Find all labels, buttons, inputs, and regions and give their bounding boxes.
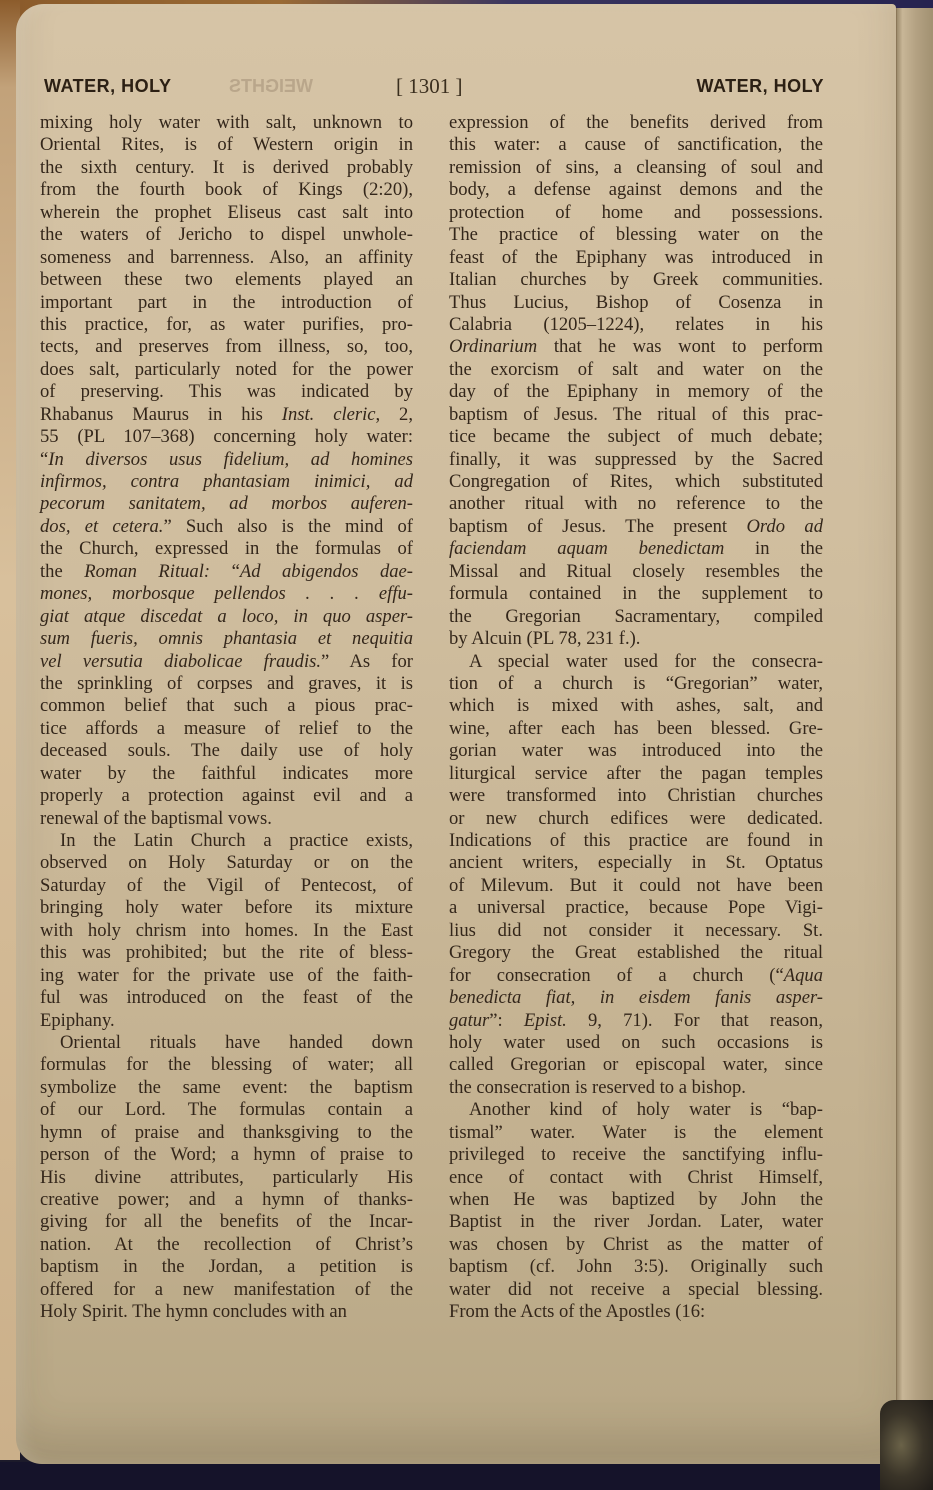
running-head-left: WATER, HOLY xyxy=(44,76,172,97)
text-line: Another kind of holy water is “bap- xyxy=(449,1099,823,1121)
left-text-column: mixing holy water with salt, unknown toO… xyxy=(40,112,413,1324)
text-line: giat atque discedat a loco, in quo asper… xyxy=(40,606,413,628)
text-line: feast of the Epiphany was introduced in xyxy=(449,247,823,269)
text-line: ing water for the private use of the fai… xyxy=(40,965,413,987)
text-line: a universal practice, because Pope Vigi- xyxy=(449,897,823,919)
text-line: someness and barrenness. Also, an affini… xyxy=(40,247,413,269)
text-line: body, a defense against demons and the xyxy=(449,179,823,201)
text-line: infirmos, contra phantasiam inimici, ad xyxy=(40,471,413,493)
text-line: the waters of Jericho to dispel unwhole- xyxy=(40,224,413,246)
text-line: mixing holy water with salt, unknown to xyxy=(40,112,413,134)
text-line: remission of sins, a cleansing of soul a… xyxy=(449,157,823,179)
text-line: formulas for the blessing of water; all xyxy=(40,1054,413,1076)
text-line: gorian water was introduced into the xyxy=(449,740,823,762)
text-line: Gregory the Great established the ritual xyxy=(449,942,823,964)
text-line: from the fourth book of Kings (2:20), xyxy=(40,179,413,201)
text-line: ancient writers, especially in St. Optat… xyxy=(449,852,823,874)
text-line: the exorcism of salt and water on the xyxy=(449,359,823,381)
text-line: tice affords a measure of relief to the xyxy=(40,718,413,740)
text-line: person of the Word; a hymn of praise to xyxy=(40,1144,413,1166)
text-line: wine, after each has been blessed. Gre- xyxy=(449,718,823,740)
text-line: wherein the prophet Eliseus cast salt in… xyxy=(40,202,413,224)
text-line: benedicta fiat, in eisdem fanis asper- xyxy=(449,987,823,1009)
text-line: From the Acts of the Apostles (16: xyxy=(449,1301,823,1323)
page-clip-object xyxy=(880,1400,933,1490)
text-line: between these two elements played an xyxy=(40,269,413,291)
text-line: important part in the introduction of xyxy=(40,292,413,314)
text-line: of Milevum. But it could not have been xyxy=(449,875,823,897)
text-line: observed on Holy Saturday or on the xyxy=(40,852,413,874)
right-text-column: expression of the benefits derived fromt… xyxy=(449,112,823,1324)
text-line: water did not receive a special blessing… xyxy=(449,1279,823,1301)
text-line: which is mixed with ashes, salt, and xyxy=(449,695,823,717)
text-line: creative power; and a hymn of thanks- xyxy=(40,1189,413,1211)
text-line: the consecration is reserved to a bishop… xyxy=(449,1077,823,1099)
text-line: lius did not consider it necessary. St. xyxy=(449,920,823,942)
text-line: privileged to receive the sanctifying in… xyxy=(449,1144,823,1166)
bottom-shadow xyxy=(0,1462,933,1490)
text-line: the sixth century. It is derived probabl… xyxy=(40,157,413,179)
text-line: another ritual with no reference to the xyxy=(449,493,823,515)
text-line: nation. At the recollection of Christ’s xyxy=(40,1234,413,1256)
text-line: tice became the subject of much debate; xyxy=(449,426,823,448)
text-line: Thus Lucius, Bishop of Cosenza in xyxy=(449,292,823,314)
text-line: hymn of praise and thanksgiving to the xyxy=(40,1122,413,1144)
page-header: WATER, HOLY WEIGHTS [ 1301 ] WATER, HOLY xyxy=(44,74,824,104)
text-line: were transformed into Christian churches xyxy=(449,785,823,807)
text-line: vel versutia diabolicae fraudis.” As for xyxy=(40,651,413,673)
text-line: ence of contact with Christ Himself, xyxy=(449,1167,823,1189)
text-line: does salt, particularly noted for the po… xyxy=(40,359,413,381)
text-line: was chosen by Christ as the matter of xyxy=(449,1234,823,1256)
text-line: Missal and Ritual closely resembles the xyxy=(449,561,823,583)
text-line: A special water used for the consecra- xyxy=(449,651,823,673)
text-line: this water: a cause of sanctification, t… xyxy=(449,134,823,156)
text-line: mones, morbosque pellendos . . . effu- xyxy=(40,583,413,605)
text-line: Baptist in the river Jordan. Later, wate… xyxy=(449,1211,823,1233)
text-line: of preserving. This was indicated by xyxy=(40,381,413,403)
text-line: this practice, for, as water purifies, p… xyxy=(40,314,413,336)
text-line: Rhabanus Maurus in his Inst. cleric, 2, xyxy=(40,404,413,426)
text-line: baptism of Jesus. The present Ordo ad xyxy=(449,516,823,538)
text-line: His divine attributes, particularly His xyxy=(40,1167,413,1189)
text-line: 55 (PL 107–368) concerning holy water: xyxy=(40,426,413,448)
text-line: Calabria (1205–1224), relates in his xyxy=(449,314,823,336)
text-line: protection of home and possessions. xyxy=(449,202,823,224)
text-line: the Roman Ritual: “Ad abigendos dae- xyxy=(40,561,413,583)
bleed-through-text: WEIGHTS xyxy=(229,76,313,97)
page-stack-edge xyxy=(896,8,933,1468)
text-line: ful was introduced on the feast of the xyxy=(40,987,413,1009)
text-line: Congregation of Rites, which substituted xyxy=(449,471,823,493)
text-line: faciendam aquam benedictam in the xyxy=(449,538,823,560)
text-line: tects, and preserves from illness, so, t… xyxy=(40,336,413,358)
text-line: called Gregorian or episcopal water, sin… xyxy=(449,1054,823,1076)
text-line: Oriental Rites, is of Western origin in xyxy=(40,134,413,156)
text-line: or new church edifices were dedicated. xyxy=(449,808,823,830)
text-line: common belief that such a pious prac- xyxy=(40,695,413,717)
running-head-right: WATER, HOLY xyxy=(696,76,824,97)
text-line: this was prohibited; but the rite of ble… xyxy=(40,942,413,964)
text-line: symbolize the same event: the baptism xyxy=(40,1077,413,1099)
text-line: gatur”: Epist. 9, 71). For that reason, xyxy=(449,1010,823,1032)
text-line: baptism in the Jordan, a petition is xyxy=(40,1256,413,1278)
text-line: Epiphany. xyxy=(40,1010,413,1032)
text-line: water by the faithful indicates more xyxy=(40,763,413,785)
text-line: The practice of blessing water on the xyxy=(449,224,823,246)
text-line: expression of the benefits derived from xyxy=(449,112,823,134)
text-line: baptism (cf. John 3:5). Originally such xyxy=(449,1256,823,1278)
text-line: tismal” water. Water is the element xyxy=(449,1122,823,1144)
text-line: formula contained in the supplement to xyxy=(449,583,823,605)
text-line: Ordinarium that he was wont to perform xyxy=(449,336,823,358)
text-line: finally, it was suppressed by the Sacred xyxy=(449,449,823,471)
text-line: for consecration of a church (“Aqua xyxy=(449,965,823,987)
text-line: offered for a new manifestation of the xyxy=(40,1279,413,1301)
page-number: [ 1301 ] xyxy=(396,74,463,99)
text-line: of our Lord. The formulas contain a xyxy=(40,1099,413,1121)
text-line: In the Latin Church a practice exists, xyxy=(40,830,413,852)
text-line: by Alcuin (PL 78, 231 f.). xyxy=(449,628,823,650)
text-line: the Gregorian Sacramentary, compiled xyxy=(449,606,823,628)
text-line: bringing holy water before its mixture xyxy=(40,897,413,919)
text-line: giving for all the benefits of the Incar… xyxy=(40,1211,413,1233)
text-line: dos, et cetera.” Such also is the mind o… xyxy=(40,516,413,538)
text-line: Oriental rituals have handed down xyxy=(40,1032,413,1054)
text-line: liturgical service after the pagan templ… xyxy=(449,763,823,785)
text-line: when He was baptized by John the xyxy=(449,1189,823,1211)
text-line: sum fueris, omnis phantasia et nequitia xyxy=(40,628,413,650)
text-line: the Church, expressed in the formulas of xyxy=(40,538,413,560)
text-line: pecorum sanitatem, ad morbos auferen- xyxy=(40,493,413,515)
text-line: renewal of the baptismal vows. xyxy=(40,808,413,830)
text-line: deceased souls. The daily use of holy xyxy=(40,740,413,762)
text-line: with holy chrism into homes. In the East xyxy=(40,920,413,942)
text-line: baptism of Jesus. The ritual of this pra… xyxy=(449,404,823,426)
text-line: day of the Epiphany in memory of the xyxy=(449,381,823,403)
text-line: Holy Spirit. The hymn concludes with an xyxy=(40,1301,413,1323)
text-line: Italian churches by Greek communities. xyxy=(449,269,823,291)
text-line: the sprinkling of corpses and graves, it… xyxy=(40,673,413,695)
text-line: properly a protection against evil and a xyxy=(40,785,413,807)
text-line: tion of a church is “Gregorian” water, xyxy=(449,673,823,695)
text-line: Indications of this practice are found i… xyxy=(449,830,823,852)
text-line: holy water used on such occasions is xyxy=(449,1032,823,1054)
text-line: “In diversos usus fidelium, ad homines xyxy=(40,449,413,471)
text-line: Saturday of the Vigil of Pentecost, of xyxy=(40,875,413,897)
